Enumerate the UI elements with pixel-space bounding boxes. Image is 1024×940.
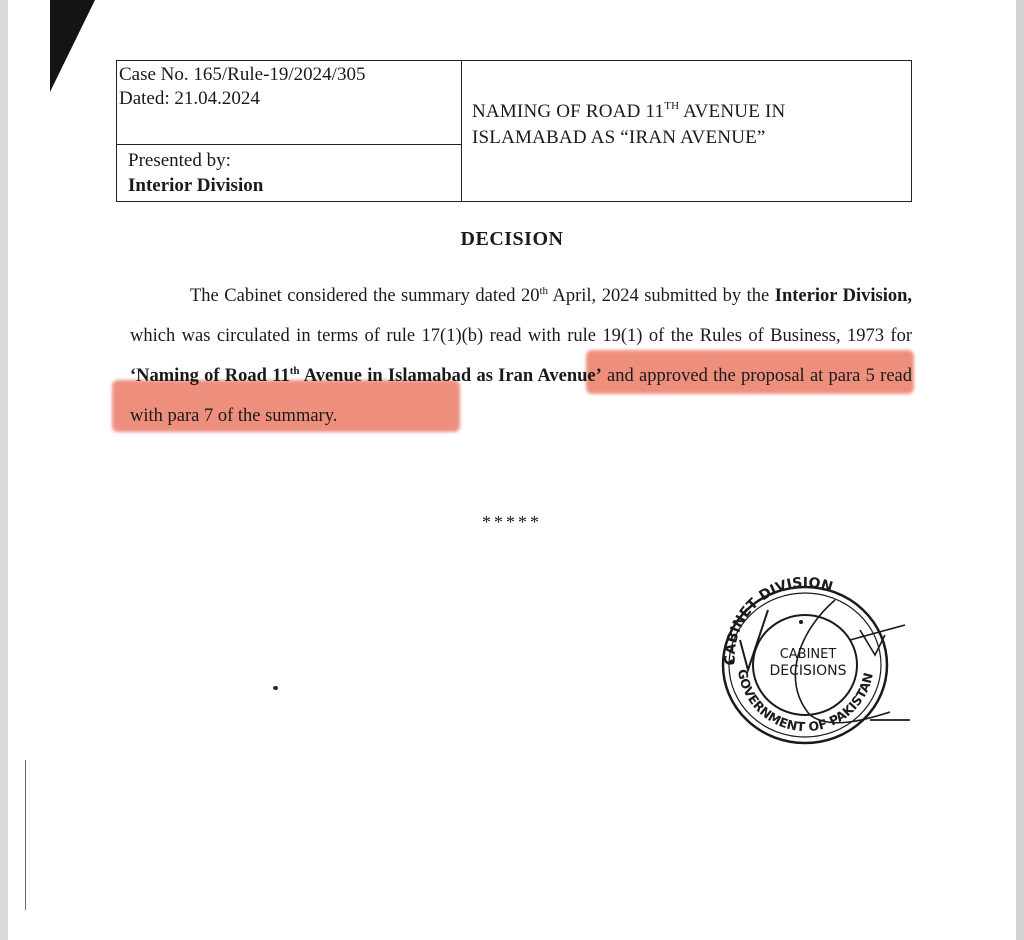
presented-by-cell: Presented by: Interior Division [117,144,461,201]
svg-text:CABINET: CABINET [780,647,837,662]
subject-line-2: ISLAMABAD AS “IRAN AVENUE” [472,125,912,151]
ink-speck [273,686,278,690]
end-separator: ***** [0,512,1024,533]
subject-text: NAMING OF ROAD 11 [472,101,664,122]
case-header-table: Case No. 165/Rule-19/2024/305 Dated: 21.… [116,60,912,202]
presented-by-label: Presented by: [128,148,461,173]
case-subject: NAMING OF ROAD 11TH AVENUE IN ISLAMABAD … [472,99,912,151]
para-ordinal: th [539,285,548,297]
subject-line-1: NAMING OF ROAD 11TH AVENUE IN [472,99,912,125]
subject-text: AVENUE IN [679,101,785,122]
decision-paragraph: The Cabinet considered the summary dated… [130,276,912,436]
para-highlighted-subject: Avenue in Islamabad as Iran Avenue’ [299,366,601,386]
scan-margin-line [25,760,26,910]
para-division-name: Interior Division, [775,286,912,306]
para-highlighted-subject: ‘Naming of Road 11 [130,366,290,386]
para-text: The Cabinet considered the summary dated… [190,286,539,306]
para-text: April, 2024 submitted by the [548,286,775,306]
decision-heading: DECISION [0,228,1024,251]
case-number: Case No. 165/Rule-19/2024/305 [119,63,365,87]
case-info-cell: Case No. 165/Rule-19/2024/305 Dated: 21.… [117,61,462,201]
page-edge-right [1016,0,1024,940]
para-text: which was circulated in terms of rule 17… [130,326,912,346]
case-date: Dated: 21.04.2024 [119,87,365,111]
case-details: Case No. 165/Rule-19/2024/305 Dated: 21.… [119,63,365,111]
scan-corner-shadow [50,0,95,92]
subject-ordinal: TH [664,100,679,112]
page-edge-left [0,0,8,940]
svg-text:DECISIONS: DECISIONS [770,663,847,679]
cabinet-division-stamp-icon: CABINET DIVISION GOVERNMENT OF PAKISTAN … [700,570,920,750]
presented-by-value: Interior Division [128,173,461,198]
